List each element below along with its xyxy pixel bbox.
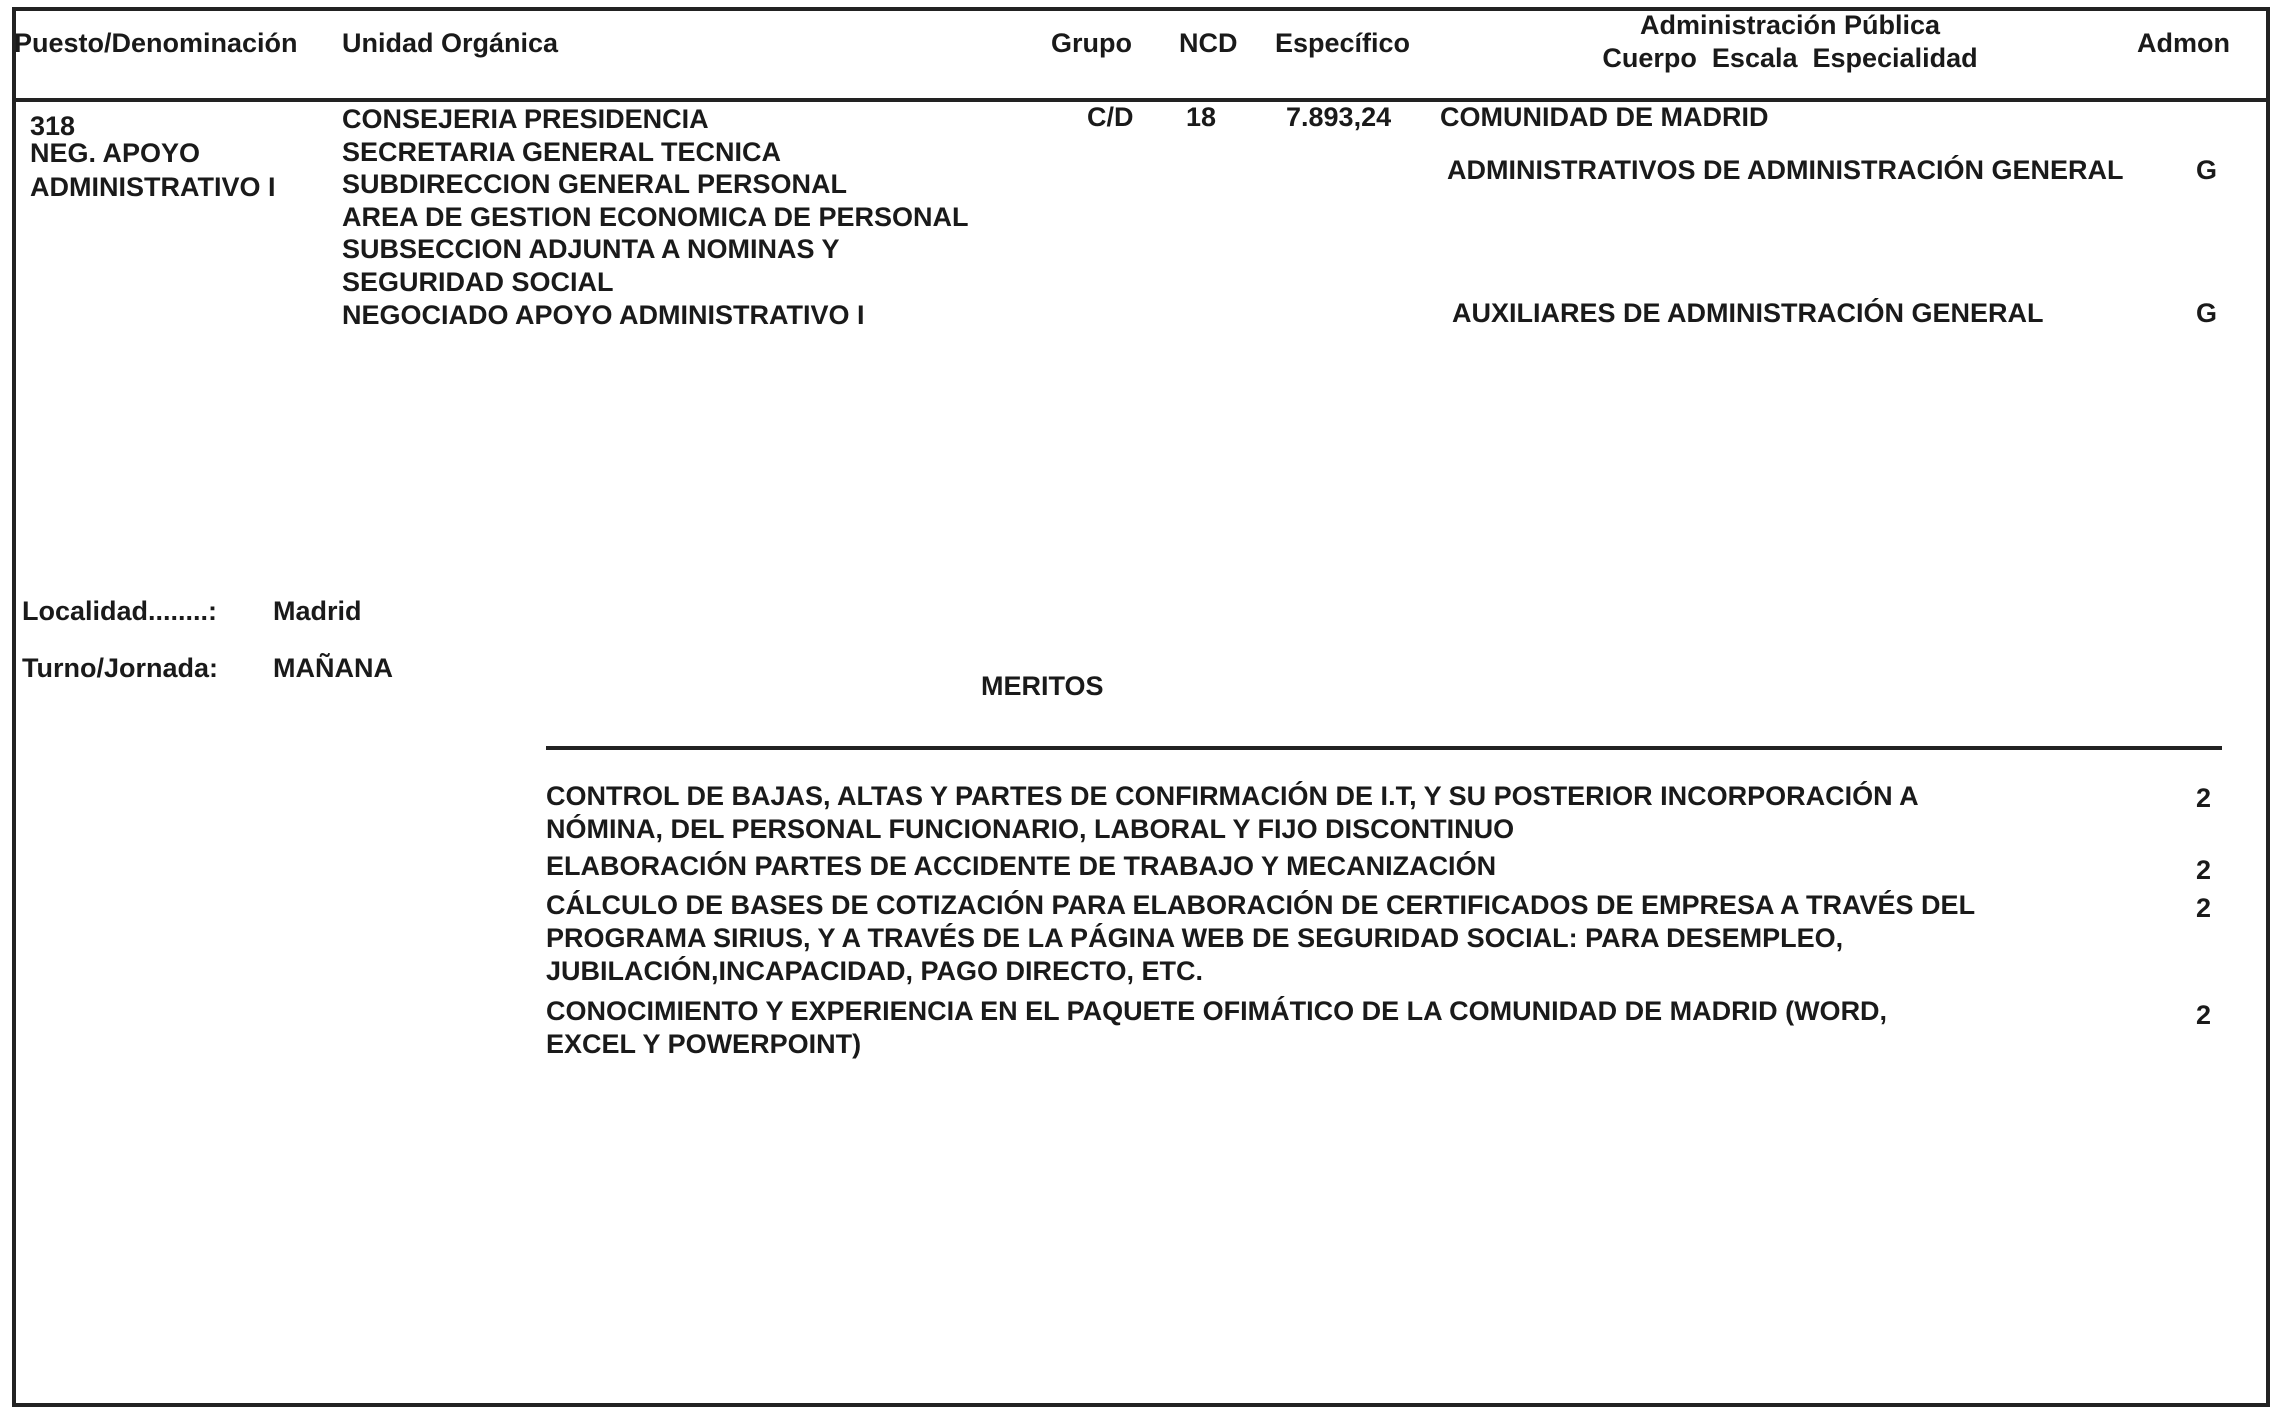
cuerpo-name: ADMINISTRATIVOS DE ADMINISTRACIÓN GENERA…: [1447, 157, 2124, 184]
unidad-line: SUBDIRECCION GENERAL PERSONAL: [342, 169, 847, 200]
record-ncd: 18: [1186, 104, 1216, 131]
record-administracion: COMUNIDAD DE MADRID: [1440, 104, 1768, 131]
merito-text: ELABORACIÓN PARTES DE ACCIDENTE DE TRABA…: [546, 850, 1996, 883]
turno-value: MAÑANA: [273, 655, 393, 682]
record-especifico: 7.893,24: [1286, 104, 1391, 131]
cuerpo-admon: G: [2196, 300, 2217, 327]
record-number: 318: [30, 113, 75, 140]
merito-text: CÁLCULO DE BASES DE COTIZACIÓN PARA ELAB…: [546, 889, 2066, 988]
turno-label: Turno/Jornada:: [22, 655, 218, 682]
merito-score: 2: [2196, 855, 2211, 886]
unidad-line: SEGURIDAD SOCIAL: [342, 267, 614, 298]
merito-score: 2: [2196, 783, 2211, 814]
header-admin-line2: Cuerpo Escala Especialidad: [1540, 45, 2040, 72]
header-grupo: Grupo: [1051, 30, 1132, 57]
cuerpo-admon: G: [2196, 157, 2217, 184]
meritos-divider: [546, 746, 2222, 750]
merito-text: CONOCIMIENTO Y EXPERIENCIA EN EL PAQUETE…: [546, 995, 1976, 1061]
merito-score: 2: [2196, 893, 2211, 924]
record-grupo: C/D: [1087, 104, 1134, 131]
header-puesto: Puesto/Denominación: [14, 30, 298, 57]
unidad-line: SUBSECCION ADJUNTA A NOMINAS Y: [342, 234, 840, 265]
meritos-title: MERITOS: [981, 673, 1104, 700]
unidad-line: SECRETARIA GENERAL TECNICA: [342, 137, 781, 168]
unidad-line: CONSEJERIA PRESIDENCIA: [342, 104, 709, 135]
unidad-line: AREA DE GESTION ECONOMICA DE PERSONAL: [342, 202, 969, 233]
cuerpo-name: AUXILIARES DE ADMINISTRACIÓN GENERAL: [1452, 300, 2044, 327]
record-denominacion-2: ADMINISTRATIVO I: [30, 174, 276, 201]
merito-score: 2: [2196, 1000, 2211, 1031]
header-ncd: NCD: [1179, 30, 1238, 57]
header-especifico: Específico: [1275, 30, 1410, 57]
header-divider: [12, 98, 2270, 102]
record-denominacion-1: NEG. APOYO: [30, 140, 200, 167]
merito-text: CONTROL DE BAJAS, ALTAS Y PARTES DE CONF…: [546, 780, 1996, 846]
header-unidad: Unidad Orgánica: [342, 30, 558, 57]
header-admon: Admon: [2137, 30, 2230, 57]
localidad-label: Localidad........:: [22, 598, 217, 625]
header-admin-line1: Administración Pública: [1540, 12, 2040, 39]
unidad-line: NEGOCIADO APOYO ADMINISTRATIVO I: [342, 300, 865, 331]
localidad-value: Madrid: [273, 598, 362, 625]
